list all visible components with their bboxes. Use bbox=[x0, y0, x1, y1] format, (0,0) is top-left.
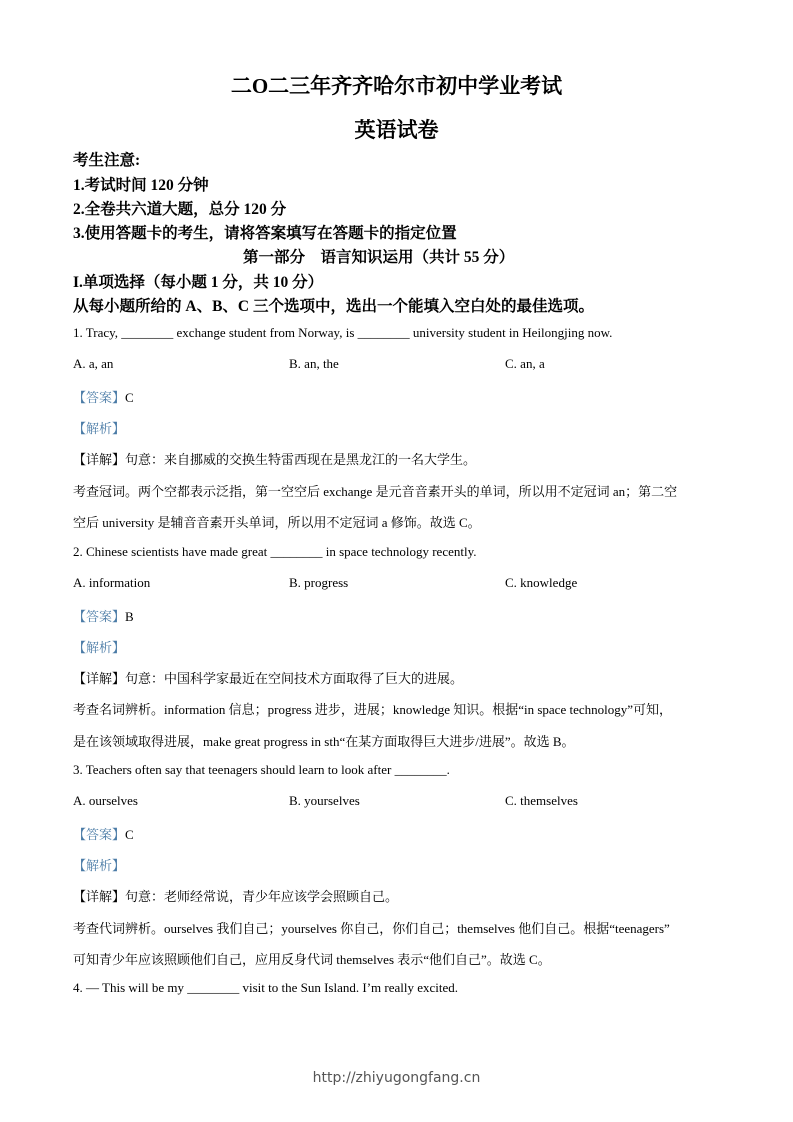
explanation-line: 空后 university 是辅音音素开头单词，所以用不定冠词 a 修饰。故选 … bbox=[73, 512, 481, 531]
answer-line: 【答案】C bbox=[73, 387, 134, 406]
option-c: C. an, a bbox=[505, 356, 545, 372]
explanation-line: 是在该领域取得进展，make great progress in sth“在某方… bbox=[73, 731, 575, 750]
detail-label: 【详解】 bbox=[73, 889, 125, 904]
detail-line: 【详解】句意：来自挪威的交换生特雷西现在是黑龙江的一名大学生。 bbox=[73, 449, 476, 468]
option-b: B. progress bbox=[289, 575, 348, 591]
answer-line: 【答案】C bbox=[73, 824, 134, 843]
detail-text: 句意：老师经常说，青少年应该学会照顾自己。 bbox=[125, 889, 398, 904]
answer-value: B bbox=[125, 609, 134, 624]
exam-subtitle: 英语试卷 bbox=[0, 114, 793, 144]
explanation-line: 考查冠词。两个空都表示泛指，第一空空后 exchange 是元音音素开头的单词，… bbox=[73, 481, 677, 500]
question-stem: 4. — This will be my ________ visit to t… bbox=[73, 980, 458, 996]
exam-title: 二O二三年齐齐哈尔市初中学业考试 bbox=[0, 70, 793, 100]
option-a: A. information bbox=[73, 575, 150, 591]
explanation-line: 可知青少年应该照顾他们自己，应用反身代词 themselves 表示“他们自己”… bbox=[73, 949, 551, 968]
detail-label: 【详解】 bbox=[73, 452, 125, 467]
notice-item: 3.使用答题卡的考生，请将答案填写在答题卡的指定位置 bbox=[73, 221, 457, 243]
detail-text: 句意：来自挪威的交换生特雷西现在是黑龙江的一名大学生。 bbox=[125, 452, 476, 467]
detail-line: 【详解】句意：老师经常说，青少年应该学会照顾自己。 bbox=[73, 886, 398, 905]
analysis-label: 【解析】 bbox=[73, 637, 125, 656]
part-title: 第一部分 语言知识运用（共计 55 分） bbox=[243, 245, 514, 267]
detail-label: 【详解】 bbox=[73, 671, 125, 686]
exam-page: 二O二三年齐齐哈尔市初中学业考试 英语试卷 考生注意: 1.考试时间 120 分… bbox=[0, 0, 793, 1122]
detail-text: 句意：中国科学家最近在空间技术方面取得了巨大的进展。 bbox=[125, 671, 463, 686]
notice-item: 1.考试时间 120 分钟 bbox=[73, 173, 209, 195]
option-a: A. ourselves bbox=[73, 793, 138, 809]
answer-value: C bbox=[125, 827, 134, 842]
detail-line: 【详解】句意：中国科学家最近在空间技术方面取得了巨大的进展。 bbox=[73, 668, 463, 687]
answer-value: C bbox=[125, 390, 134, 405]
answer-label: 【答案】 bbox=[73, 827, 125, 842]
question-stem: 1. Tracy, ________ exchange student from… bbox=[73, 325, 612, 341]
question-stem: 3. Teachers often say that teenagers sho… bbox=[73, 762, 450, 778]
footer-url[interactable]: http://zhiyugongfang.cn bbox=[0, 1070, 793, 1086]
analysis-label: 【解析】 bbox=[73, 418, 125, 437]
section-instruction: 从每小题所给的 A、B、C 三个选项中，选出一个能填入空白处的最佳选项。 bbox=[73, 294, 594, 316]
section-title: I.单项选择（每小题 1 分，共 10 分） bbox=[73, 270, 323, 292]
analysis-label: 【解析】 bbox=[73, 855, 125, 874]
question-stem: 2. Chinese scientists have made great __… bbox=[73, 544, 476, 560]
option-b: B. an, the bbox=[289, 356, 339, 372]
option-a: A. a, an bbox=[73, 356, 113, 372]
answer-line: 【答案】B bbox=[73, 606, 134, 625]
explanation-line: 考查代词辨析。ourselves 我们自己；yourselves 你自己，你们自… bbox=[73, 918, 670, 937]
answer-label: 【答案】 bbox=[73, 390, 125, 405]
notice-item: 2.全卷共六道大题，总分 120 分 bbox=[73, 197, 286, 219]
answer-label: 【答案】 bbox=[73, 609, 125, 624]
notice-heading: 考生注意: bbox=[73, 148, 140, 170]
explanation-line: 考查名词辨析。information 信息；progress 进步，进展；kno… bbox=[73, 699, 672, 718]
option-b: B. yourselves bbox=[289, 793, 360, 809]
option-c: C. themselves bbox=[505, 793, 578, 809]
option-c: C. knowledge bbox=[505, 575, 577, 591]
